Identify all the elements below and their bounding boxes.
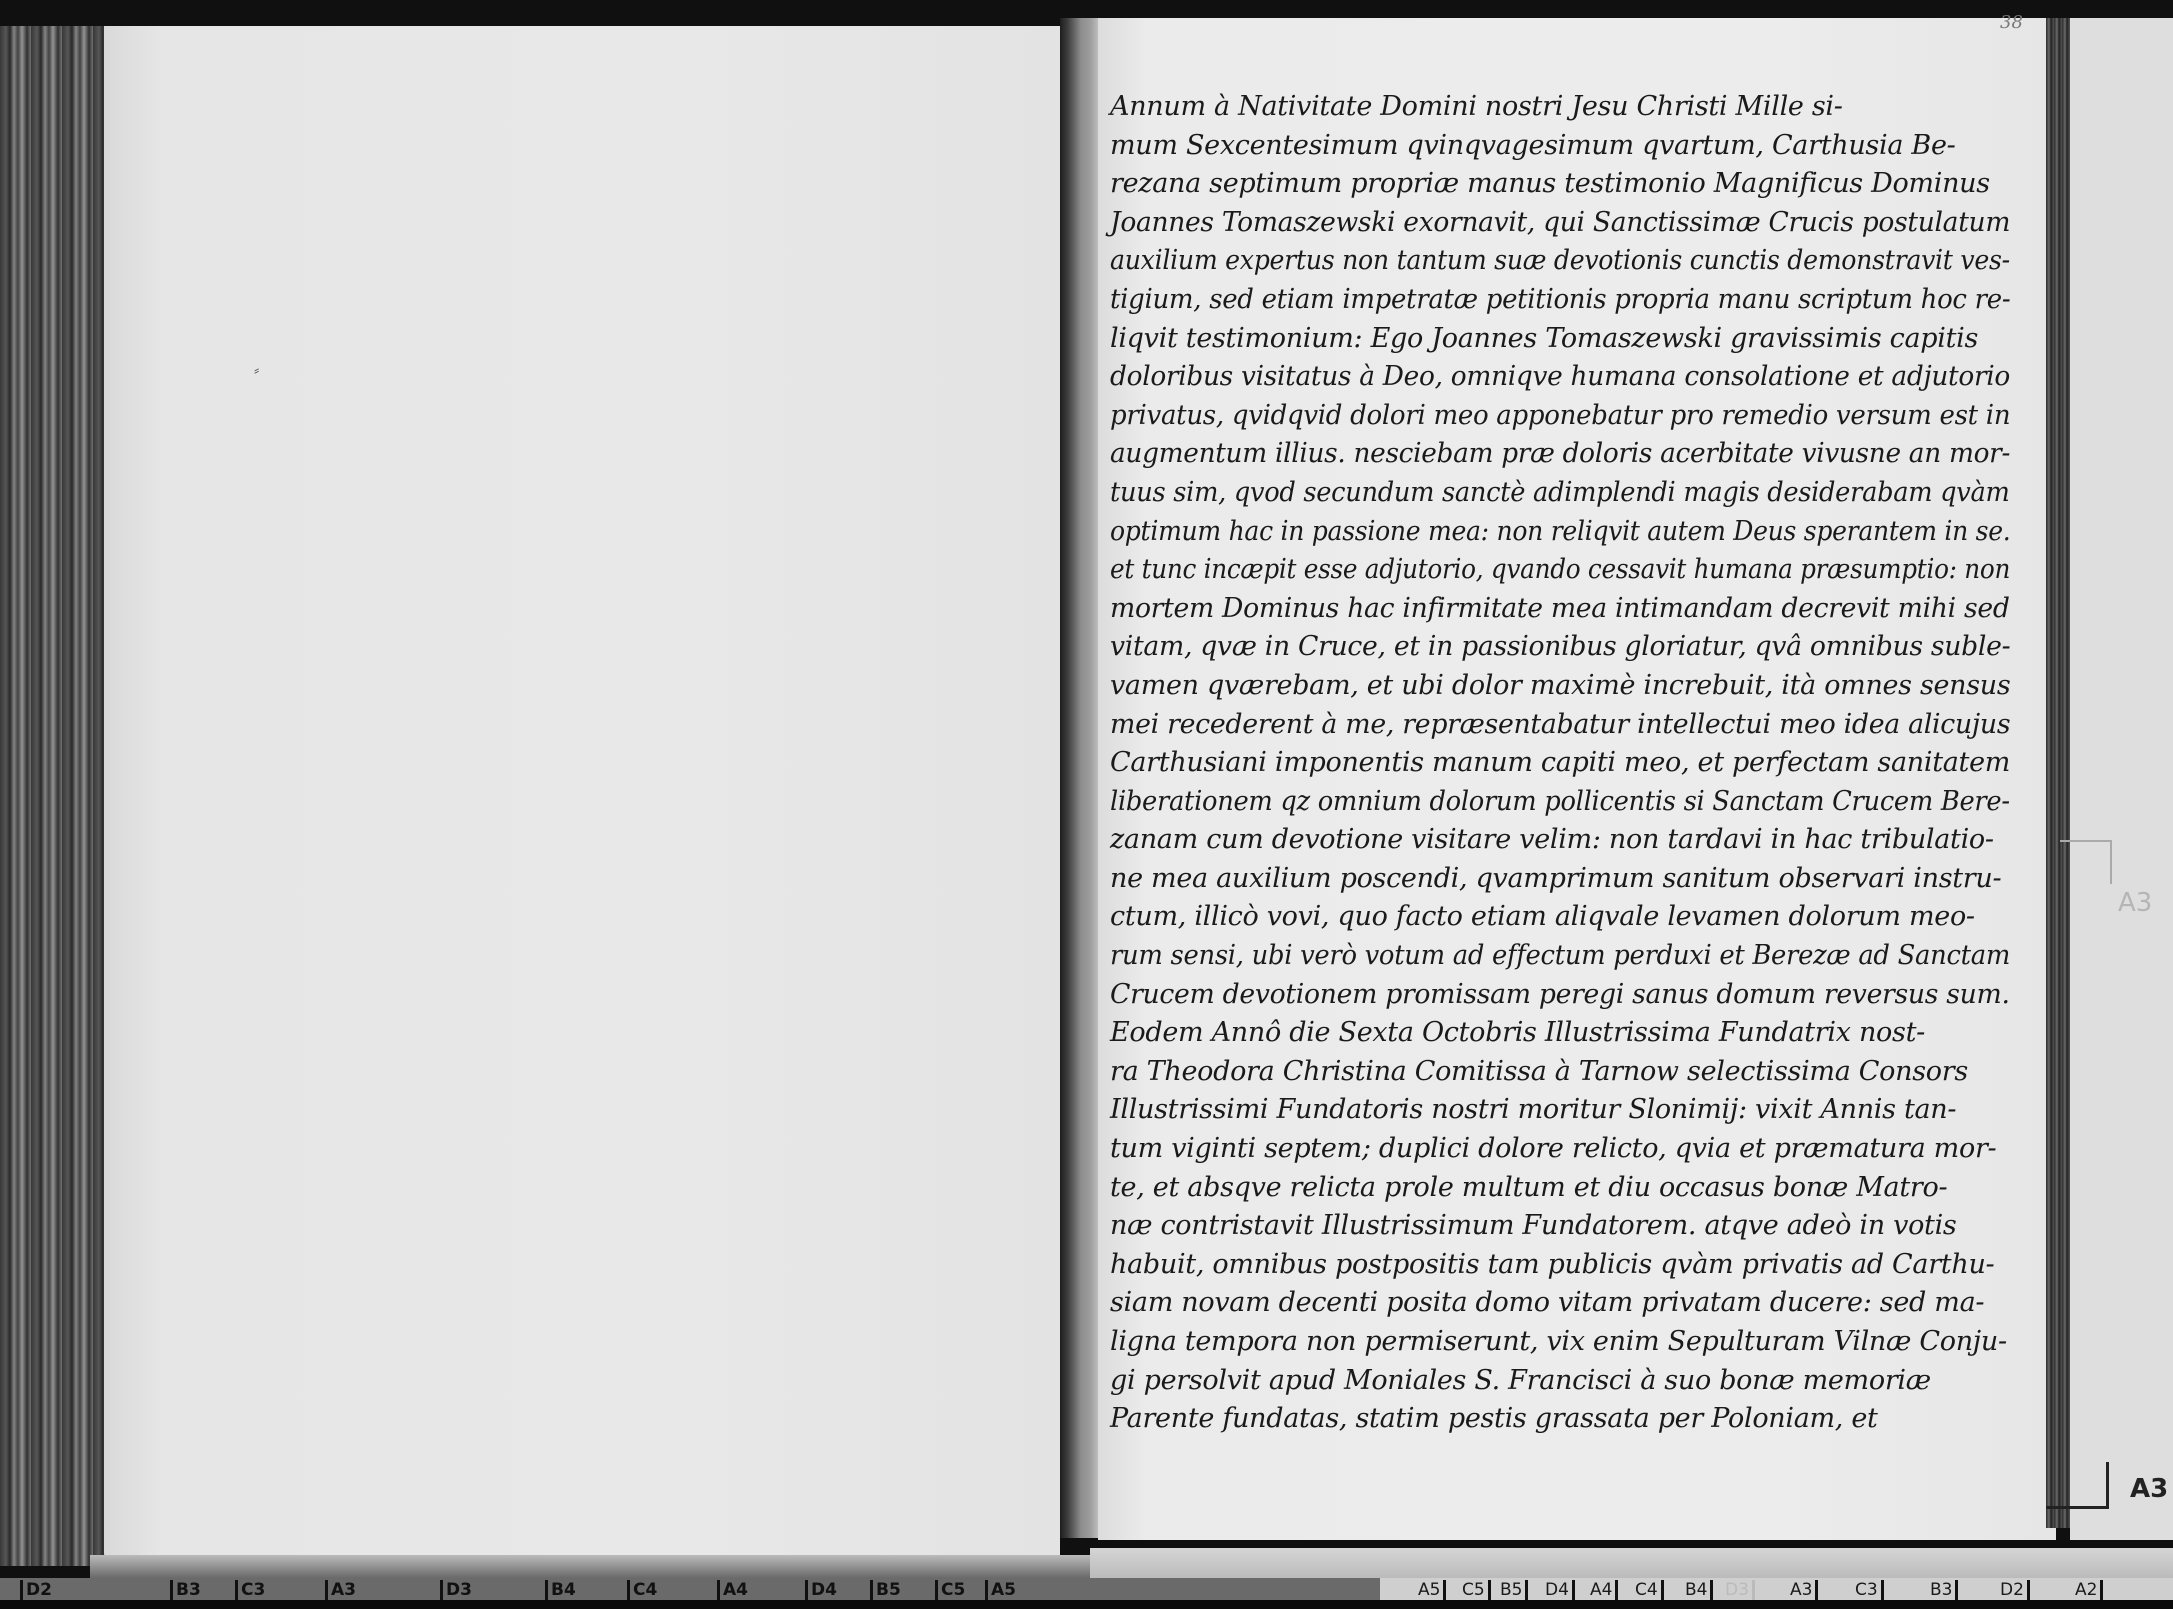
manuscript-line: rum sensi, ubi verò votum ad effectum pe…: [1110, 937, 1971, 976]
target-label: B3: [170, 1580, 201, 1600]
manuscript-line: Eodem Annô die Sexta Octobris Illustriss…: [1110, 1014, 2010, 1053]
manuscript-line: ligna tempora non permiserunt, vix enim …: [1110, 1323, 2010, 1362]
manuscript-line: gi persolvit apud Moniales S. Francisci …: [1110, 1362, 2010, 1401]
target-label-margin-bottom: A3: [2130, 1474, 2168, 1504]
target-label: C5: [935, 1580, 965, 1600]
target-label: A2: [2075, 1580, 2103, 1600]
target-label-margin-top: A3: [2118, 888, 2152, 918]
target-label: B5: [870, 1580, 901, 1600]
manuscript-line: mei recederent à me, repræsentabatur int…: [1110, 706, 2002, 745]
scanner-base: [0, 1600, 2173, 1609]
manuscript-line: tuus sim, qvod secundum sanctè adimplend…: [1110, 474, 1965, 513]
manuscript-line: te, et absqve relicta prole multum et di…: [1110, 1169, 2010, 1208]
target-label: C5: [1462, 1580, 1491, 1600]
scanner-target-strip-right: [1380, 1578, 2173, 1600]
target-bracket-bottom: [2046, 1462, 2109, 1509]
target-label: C4: [1635, 1580, 1664, 1600]
manuscript-line: liqvit testimonium: Ego Joannes Tomaszew…: [1110, 320, 2010, 359]
target-label: C4: [627, 1580, 657, 1600]
manuscript-line: Crucem devotionem promissam peregi sanus…: [1110, 976, 1998, 1015]
manuscript-line: Annum à Nativitate Domini nostri Jesu Ch…: [1110, 88, 2010, 127]
manuscript-line: tum viginti septem; duplici dolore relic…: [1110, 1130, 2010, 1169]
manuscript-line: ne mea auxilium poscendi, qvamprimum san…: [1110, 860, 2010, 899]
manuscript-line: ra Theodora Christina Comitissa à Tarnow…: [1110, 1053, 2010, 1092]
target-bracket-top: [2060, 840, 2112, 884]
target-label: A5: [985, 1580, 1016, 1600]
manuscript-line: Joannes Tomaszewski exornavit, qui Sanct…: [1110, 204, 1993, 243]
manuscript-line: vamen qværebam, et ubi dolor maximè incr…: [1110, 667, 2009, 706]
manuscript-line: augmentum illius. nesciebam præ doloris …: [1110, 435, 1988, 474]
target-label: D2: [2000, 1580, 2030, 1600]
manuscript-line: doloribus visitatus à Deo, omniqve human…: [1110, 358, 1989, 397]
ink-blot-mark: ⸗: [254, 364, 266, 376]
target-label: B4: [545, 1580, 576, 1600]
manuscript-line: siam novam decenti posita domo vitam pri…: [1110, 1284, 2010, 1323]
target-label: A4: [717, 1580, 748, 1600]
manuscript-line: auxilium expertus non tantum suæ devotio…: [1110, 242, 1949, 281]
target-label: A3: [325, 1580, 356, 1600]
manuscript-line: mum Sexcentesimum qvinqvagesimum qvartum…: [1110, 127, 2010, 166]
target-label: B4: [1685, 1580, 1713, 1600]
manuscript-line: liberationem qz omnium dolorum pollicent…: [1110, 783, 1967, 822]
manuscript-line: Carthusiani imponentis manum capiti meo,…: [1110, 744, 2010, 783]
page-bottom-shadow-right: [1090, 1548, 2173, 1578]
manuscript-line: zanam cum devotione visitare velim: non …: [1110, 821, 2010, 860]
microfilm-scan: ⸗ 38 Annum à Nativitate Domini nostri Je…: [0, 0, 2173, 1609]
right-margin-background: [2070, 18, 2173, 1540]
target-label: D3: [440, 1580, 472, 1600]
target-label: D4: [1545, 1580, 1575, 1600]
manuscript-line: privatus, qvidqvid dolori meo apponebatu…: [1110, 397, 1977, 436]
target-label: D2: [20, 1580, 52, 1600]
left-page-stack-edge: [0, 26, 108, 1566]
manuscript-line: optimum hac in passione mea: non reliqvi…: [1110, 513, 1945, 552]
manuscript-line: Illustrissimi Fundatoris nostri moritur …: [1110, 1091, 2010, 1130]
target-label: D4: [805, 1580, 837, 1600]
manuscript-line: mortem Dominus hac infirmitate mea intim…: [1110, 590, 1997, 629]
target-label: D3: [1725, 1580, 1755, 1600]
folio-number: 38: [2000, 12, 2023, 33]
target-label: A5: [1418, 1580, 1446, 1600]
manuscript-line: vitam, qvæ in Cruce, et in passionibus g…: [1110, 628, 1998, 667]
target-label: C3: [235, 1580, 265, 1600]
manuscript-line: habuit, omnibus postpositis tam publicis…: [1110, 1246, 2010, 1285]
left-page-blank: ⸗: [104, 26, 1060, 1561]
page-bottom-shadow-left: [90, 1555, 1090, 1579]
target-label: B3: [1930, 1580, 1958, 1600]
target-label: C3: [1855, 1580, 1884, 1600]
manuscript-line: ctum, illicò vovi, quo facto etiam aliqv…: [1110, 898, 2010, 937]
right-page-stack-edge: [2046, 18, 2070, 1528]
manuscript-line: Parente fundatas, statim pestis grassata…: [1110, 1400, 2010, 1439]
manuscript-line: rezana septimum propriæ manus testimonio…: [1110, 165, 2010, 204]
manuscript-text: Annum à Nativitate Domini nostri Jesu Ch…: [1110, 88, 2010, 1439]
target-label: A3: [1790, 1580, 1818, 1600]
manuscript-line: næ contristavit Illustrissimum Fundatore…: [1110, 1207, 2010, 1246]
book-gutter: [1060, 18, 1098, 1538]
manuscript-line: tigium, sed etiam impetratæ petitionis p…: [1110, 281, 1975, 320]
target-label: A4: [1590, 1580, 1618, 1600]
manuscript-line: et tunc incæpit esse adjutorio, qvando c…: [1110, 551, 1933, 590]
target-label: B5: [1500, 1580, 1528, 1600]
